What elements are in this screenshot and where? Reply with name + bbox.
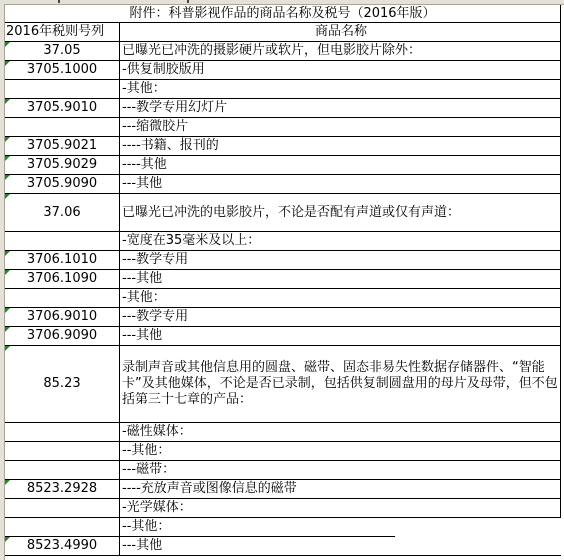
name-cell[interactable]: --其他： xyxy=(120,518,561,537)
name-cell[interactable]: ---其他 xyxy=(120,175,561,193)
code-cell[interactable] xyxy=(5,518,120,537)
name-cell[interactable]: ---磁带： xyxy=(120,461,561,479)
code-cell[interactable]: 3706.9010 xyxy=(5,308,120,326)
table-row: 3705.9090---其他 xyxy=(5,175,561,194)
code-cell[interactable]: 3706.1090 xyxy=(5,270,120,288)
code-cell[interactable] xyxy=(5,232,120,250)
code-cell[interactable]: 3705.9029 xyxy=(5,156,120,174)
name-cell[interactable]: 已曝光已冲洗的电影胶片，不论是否配有声道或仅有声道： xyxy=(120,194,561,231)
table-body: 37.05已曝光已冲洗的摄影硬片或软片，但电影胶片除外：3705.1000-供复… xyxy=(5,42,561,556)
table-row: 37.05已曝光已冲洗的摄影硬片或软片，但电影胶片除外： xyxy=(5,42,561,61)
name-cell[interactable]: ---教学专用幻灯片 xyxy=(120,99,561,117)
code-cell[interactable]: 37.06 xyxy=(5,194,120,231)
table-row: --其他： xyxy=(5,442,561,461)
code-cell[interactable] xyxy=(5,442,120,460)
header-code[interactable]: 2016年税则号列 xyxy=(5,23,120,41)
column-divider-mark xyxy=(58,0,60,3)
name-cell[interactable]: -其他： xyxy=(120,289,561,307)
name-cell[interactable]: ---教学专用 xyxy=(120,308,561,326)
code-cell[interactable]: 85.23 xyxy=(5,346,120,422)
name-cell[interactable]: -其他： xyxy=(120,80,561,98)
table-row: 3706.9010---教学专用 xyxy=(5,308,561,327)
spreadsheet: 附件：科普影视作品的商品名称及税号（2016年版） 2016年税则号列 商品名称… xyxy=(5,5,561,556)
table-row: 8523.4990---其他 xyxy=(5,537,561,556)
name-cell[interactable]: ----其他 xyxy=(120,156,561,174)
name-cell[interactable]: 已曝光已冲洗的摄影硬片或软片，但电影胶片除外： xyxy=(120,42,561,60)
code-cell[interactable] xyxy=(5,80,120,98)
code-cell[interactable] xyxy=(5,499,120,517)
name-cell[interactable]: ---其他 xyxy=(120,270,561,288)
code-cell[interactable]: 3706.1010 xyxy=(5,251,120,269)
table-row: 3705.9021----书籍、报刊的 xyxy=(5,137,561,156)
table-row: 85.23录制声音或其他信息用的圆盘、磁带、固态非易失性数据存储器件、“智能卡”… xyxy=(5,346,561,423)
name-cell[interactable]: --其他： xyxy=(120,442,561,460)
code-cell[interactable]: 3705.1000 xyxy=(5,61,120,79)
table-row: -其他： xyxy=(5,80,561,99)
table-row: ---磁带： xyxy=(5,461,561,480)
header-name[interactable]: 商品名称 xyxy=(120,23,561,41)
header-row: 2016年税则号列 商品名称 xyxy=(5,23,561,42)
name-cell[interactable]: ---其他 xyxy=(120,327,561,345)
table-row: -其他： xyxy=(5,289,561,308)
table-row: 3706.9090---其他 xyxy=(5,327,561,346)
name-cell[interactable]: ---其他 xyxy=(120,537,561,555)
name-cell[interactable]: -光学媒体： xyxy=(120,499,561,517)
table-row: 8523.2928----充放声音或图像信息的磁带 xyxy=(5,480,561,499)
table-row: -宽度在35毫米及以上： xyxy=(5,232,561,251)
name-cell[interactable]: 录制声音或其他信息用的圆盘、磁带、固态非易失性数据存储器件、“智能卡”及其他媒体… xyxy=(120,346,561,422)
code-cell[interactable]: 8523.2928 xyxy=(5,480,120,498)
code-cell[interactable]: 3705.9021 xyxy=(5,137,120,155)
code-cell[interactable] xyxy=(5,423,120,441)
code-cell[interactable]: 3705.9090 xyxy=(5,175,120,193)
table-row: 3705.1000-供复制胶版用 xyxy=(5,61,561,80)
table-row: 3705.9010---教学专用幻灯片 xyxy=(5,99,561,118)
table-row: -光学媒体： xyxy=(5,499,561,518)
code-cell[interactable]: 3706.9090 xyxy=(5,327,120,345)
name-cell[interactable]: -磁性媒体： xyxy=(120,423,561,441)
title-row: 附件：科普影视作品的商品名称及税号（2016年版） xyxy=(5,5,561,23)
code-cell[interactable]: 8523.4990 xyxy=(5,537,120,555)
table-row: -磁性媒体： xyxy=(5,423,561,442)
name-cell[interactable]: ----书籍、报刊的 xyxy=(120,137,561,155)
name-cell[interactable]: -供复制胶版用 xyxy=(120,61,561,79)
table-row: 3705.9029----其他 xyxy=(5,156,561,175)
column-divider-mark xyxy=(187,0,189,3)
name-cell[interactable]: ----充放声音或图像信息的磁带 xyxy=(120,480,561,498)
code-cell[interactable] xyxy=(5,118,120,136)
table-row: 3706.1090---其他 xyxy=(5,270,561,289)
name-cell[interactable]: ---教学专用 xyxy=(120,251,561,269)
table-row: --其他： xyxy=(5,518,561,537)
sheet-title[interactable]: 附件：科普影视作品的商品名称及税号（2016年版） xyxy=(5,5,561,22)
name-cell[interactable]: ---缩微胶片 xyxy=(120,118,561,136)
name-cell[interactable]: -宽度在35毫米及以上： xyxy=(120,232,561,250)
code-cell[interactable] xyxy=(5,289,120,307)
table-row: ---缩微胶片 xyxy=(5,118,561,137)
code-cell[interactable] xyxy=(5,461,120,479)
code-cell[interactable]: 3705.9010 xyxy=(5,99,120,117)
table-row: 37.06已曝光已冲洗的电影胶片，不论是否配有声道或仅有声道： xyxy=(5,194,561,232)
code-cell[interactable]: 37.05 xyxy=(5,42,120,60)
table-row: 3706.1010---教学专用 xyxy=(5,251,561,270)
